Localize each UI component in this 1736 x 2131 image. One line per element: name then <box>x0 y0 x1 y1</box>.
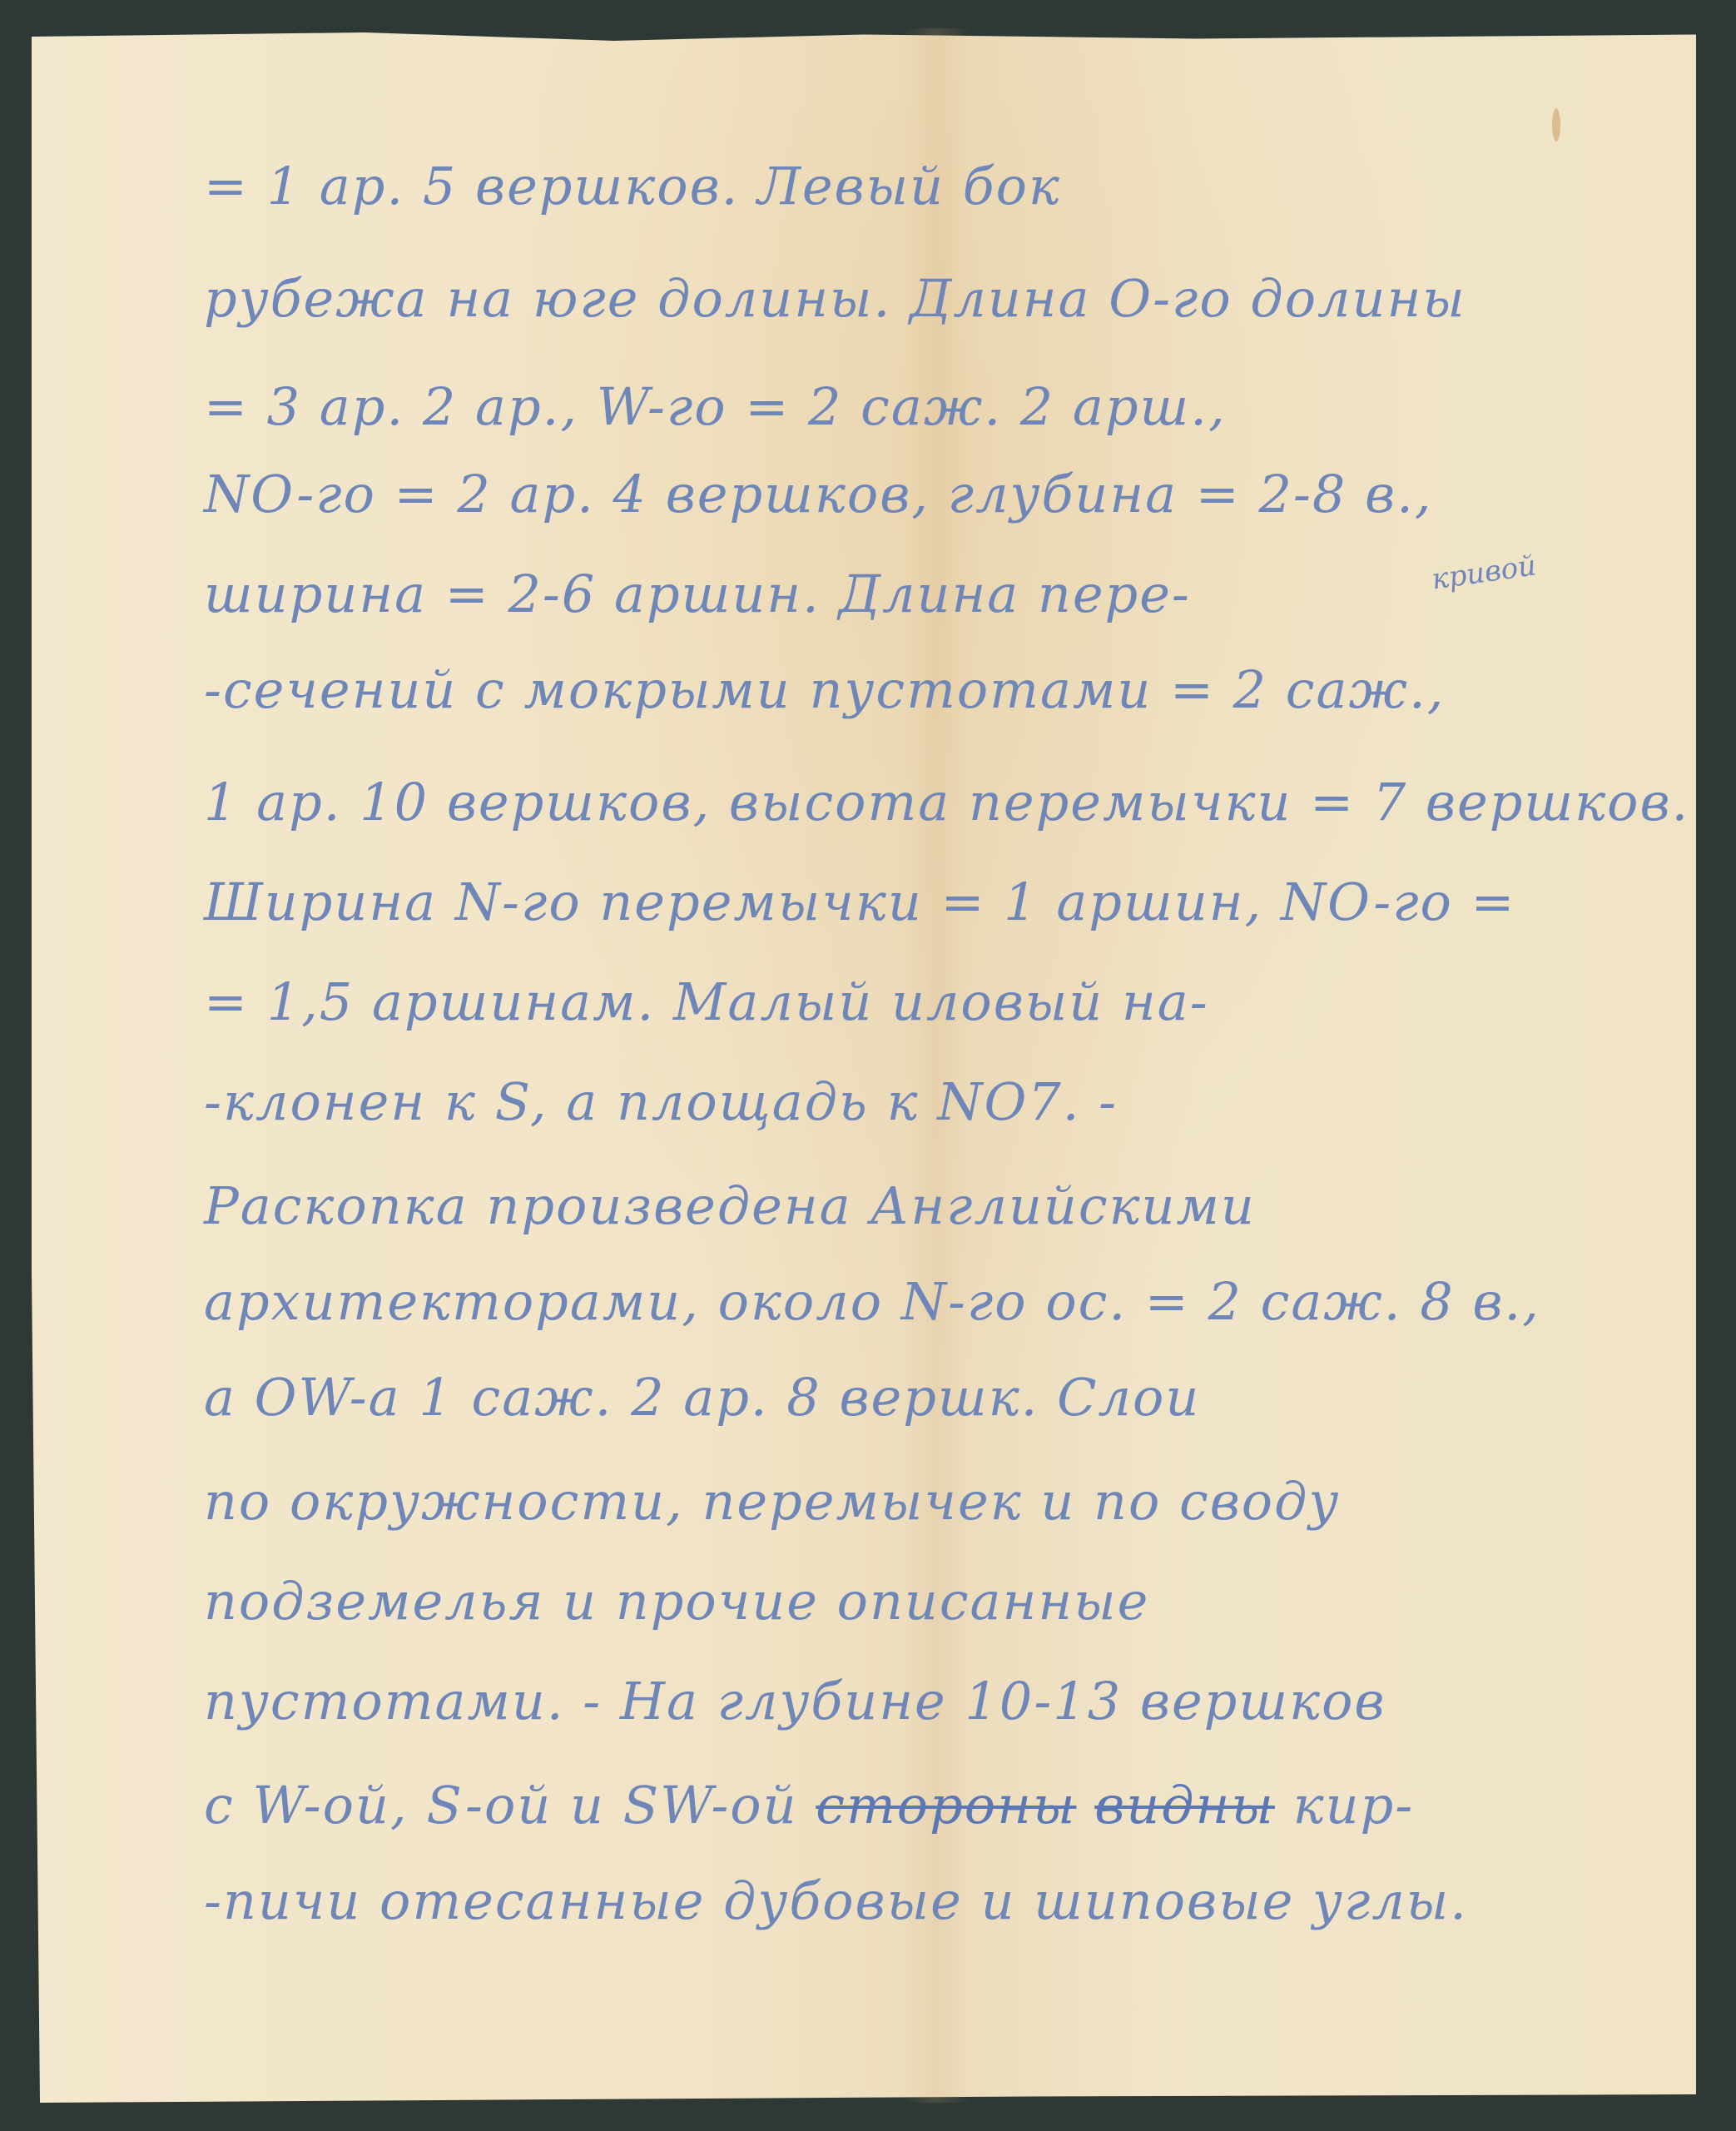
manuscript-line-text: по окружности, перемычек и по своду <box>204 1471 1340 1532</box>
manuscript-line-text: рубежа на юге долины. Длина О-го долины <box>204 268 1466 329</box>
manuscript-line-text: 1 ар. 10 вершков, высота перемычки = 7 в… <box>204 772 1689 832</box>
manuscript-line-text: ширина = 2-6 аршин. Длина пере- <box>204 564 1191 624</box>
manuscript-line-text: = 1 ар. 5 вершков. Левый бок <box>204 156 1061 216</box>
struck-word: стороны <box>816 1775 1076 1835</box>
manuscript-line-text: = 3 ар. 2 ар., W-го = 2 саж. 2 арш., <box>204 376 1227 437</box>
manuscript-line-text: пустотами. - На глубине 10-13 вершков <box>204 1671 1386 1731</box>
struck-word: видны <box>1094 1775 1275 1835</box>
manuscript-line-text: -сечений с мокрыми пустотами = 2 саж., <box>204 659 1445 720</box>
paper-stain <box>1552 108 1560 142</box>
manuscript-line-text: Ширина N-го перемычки = 1 аршин, NO-го = <box>204 872 1516 932</box>
manuscript-line-text: подземелья и прочие описанные <box>204 1571 1149 1632</box>
manuscript-line-text: с W-ой, S-ой и SW-ой стороны видны кир- <box>204 1775 1414 1835</box>
manuscript-line-text: -клонен к S, а площадь к NO7. - <box>204 1071 1118 1132</box>
manuscript-line-text: NO-го = 2 ар. 4 вершков, глубина = 2-8 в… <box>204 464 1433 524</box>
manuscript-line-text: архитекторами, около N-го ос. = 2 саж. 8… <box>204 1271 1540 1332</box>
manuscript-line-text: а OW-а 1 саж. 2 ар. 8 вершк. Слои <box>204 1367 1200 1428</box>
manuscript-line-text: Раскопка произведена Английскими <box>204 1175 1256 1236</box>
manuscript-line-text: -пичи отесанные дубовые и шиповые углы. <box>204 1870 1468 1931</box>
manuscript-line-text: = 1,5 аршинам. Малый иловый на- <box>204 971 1209 1032</box>
